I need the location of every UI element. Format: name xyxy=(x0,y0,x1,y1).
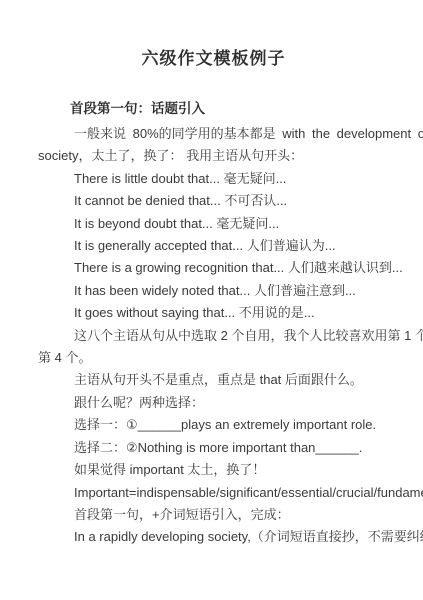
note-line: 跟什么呢？两种选择： xyxy=(38,392,389,414)
clause-line: It cannot be denied that... 不可否认... xyxy=(38,190,389,212)
clause-line: It is beyond doubt that... 毫无疑问... xyxy=(38,213,389,235)
option-line: 选择二：②Nothing is more important than_____… xyxy=(38,437,389,459)
clause-line: There is a growing recognition that... 人… xyxy=(38,257,389,279)
note-line: 如果觉得 important 太土，换了！ xyxy=(38,459,389,481)
option-line: 选择一：①______plays an extremely important … xyxy=(38,414,389,436)
page-title: 六级作文模板例子 xyxy=(38,46,389,72)
clause-line: It is generally accepted that... 人们普遍认为.… xyxy=(38,235,389,257)
document-page: 六级作文模板例子 首段第一句：话题引入 一般来说 80%的同学用的基本都是 wi… xyxy=(0,0,423,600)
clause-line: There is little doubt that... 毫无疑问... xyxy=(38,168,389,190)
note-line: 主语从句开头不是重点，重点是 that 后面跟什么。 xyxy=(38,369,389,391)
clause-line: It goes without saying that... 不用说的是... xyxy=(38,302,389,324)
section-heading: 首段第一句：话题引入 xyxy=(38,98,389,120)
intro-line: 一般来说 80%的同学用的基本都是 with the development o… xyxy=(38,123,389,145)
note-line: 第 4 个。 xyxy=(38,347,389,369)
synonym-line: Important=indispensable/significant/esse… xyxy=(38,482,389,504)
note-line: 首段第一句，+介词短语引入，完成： xyxy=(38,504,389,526)
intro-line: society，太土了，换了： 我用主语从句开头： xyxy=(38,145,389,167)
note-line: 这八个主语从句从中选取 2 个自用，我个人比较喜欢用第 1 个和 xyxy=(38,325,389,347)
example-line: In a rapidly developing society,（介词短语直接抄… xyxy=(38,526,389,548)
clause-line: It has been widely noted that... 人们普遍注意到… xyxy=(38,280,389,302)
